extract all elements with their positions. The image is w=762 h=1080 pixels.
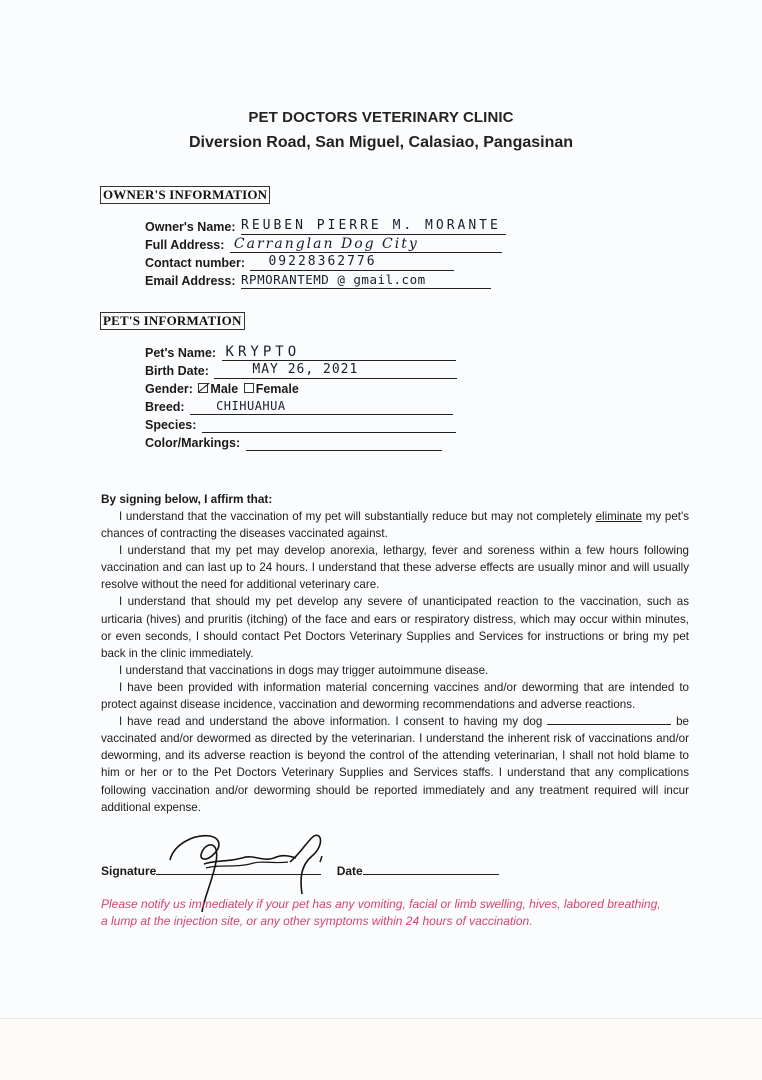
species-label: Species: <box>145 416 196 434</box>
gender-label: Gender: <box>145 380 193 398</box>
owner-section-title: OWNER'S INFORMATION <box>100 186 270 204</box>
dog-name-blank[interactable] <box>547 713 671 725</box>
affirmation-paragraph-1: I understand that the vaccination of my … <box>101 508 689 542</box>
owner-name-label: Owner's Name: <box>145 218 236 236</box>
female-option-label: Female <box>256 382 299 396</box>
pet-name-value[interactable]: KRYPTO <box>226 344 456 360</box>
breed-value[interactable]: CHIHUAHUA <box>216 398 453 414</box>
affirmation-paragraph-2: I understand that my pet may develop ano… <box>101 542 689 593</box>
affirmation-paragraph-4: I understand that vaccinations in dogs m… <box>101 662 689 679</box>
pet-section-title: PET'S INFORMATION <box>100 312 245 330</box>
contact-number-field[interactable]: Contact number: 09228362776 <box>145 254 454 272</box>
breed-field[interactable]: Breed: CHIHUAHUA <box>145 398 453 416</box>
male-option-label: Male <box>210 382 238 396</box>
affirmation-title: By signing below, I affirm that: <box>101 492 272 506</box>
female-checkbox[interactable] <box>244 383 254 393</box>
full-address-value[interactable]: Carranglan Dog City <box>234 236 502 252</box>
full-address-field[interactable]: Full Address: Carranglan Dog City <box>145 236 502 254</box>
signature-label: Signature <box>101 864 156 878</box>
owner-name-field[interactable]: Owner's Name: REUBEN PIERRE M. MORANTE <box>145 218 506 236</box>
owner-name-value[interactable]: REUBEN PIERRE M. MORANTE <box>241 218 506 234</box>
color-markings-field[interactable]: Color/Markings: <box>145 434 442 452</box>
pet-name-label: Pet's Name: <box>145 344 216 362</box>
clinic-address: Diversion Road, San Miguel, Calasiao, Pa… <box>0 134 762 152</box>
affirmation-body: I understand that the vaccination of my … <box>101 508 689 816</box>
email-address-field[interactable]: Email Address: RPMORANTEMD @ gmail.com <box>145 272 491 290</box>
birth-date-value[interactable]: MAY 26, 2021 <box>252 362 457 378</box>
contact-number-label: Contact number: <box>145 254 245 272</box>
email-address-label: Email Address: <box>145 272 236 290</box>
scanner-bottom-strip <box>0 1018 762 1080</box>
date-line[interactable] <box>363 862 499 875</box>
affirmation-paragraph-3: I understand that should my pet develop … <box>101 593 689 661</box>
affirmation-paragraph-6: I have read and understand the above inf… <box>101 713 689 816</box>
clinic-name: PET DOCTORS VETERINARY CLINIC <box>0 109 762 126</box>
male-checkbox[interactable] <box>198 383 208 393</box>
date-label: Date <box>337 864 363 878</box>
breed-label: Breed: <box>145 398 185 416</box>
gender-field: Gender: Male Female <box>145 380 299 398</box>
contact-number-value[interactable]: 09228362776 <box>268 254 454 270</box>
pet-name-field[interactable]: Pet's Name: KRYPTO <box>145 344 456 362</box>
email-address-value[interactable]: RPMORANTEMD @ gmail.com <box>241 272 491 288</box>
species-field[interactable]: Species: <box>145 416 456 434</box>
underlined-eliminate: eliminate <box>596 510 642 523</box>
birth-date-field[interactable]: Birth Date: MAY 26, 2021 <box>145 362 457 380</box>
color-markings-label: Color/Markings: <box>145 434 240 452</box>
post-vaccination-notice: Please notify us immediately if your pet… <box>101 896 661 930</box>
birth-date-label: Birth Date: <box>145 362 209 380</box>
full-address-label: Full Address: <box>145 236 224 254</box>
affirmation-paragraph-5: I have been provided with information ma… <box>101 679 689 713</box>
